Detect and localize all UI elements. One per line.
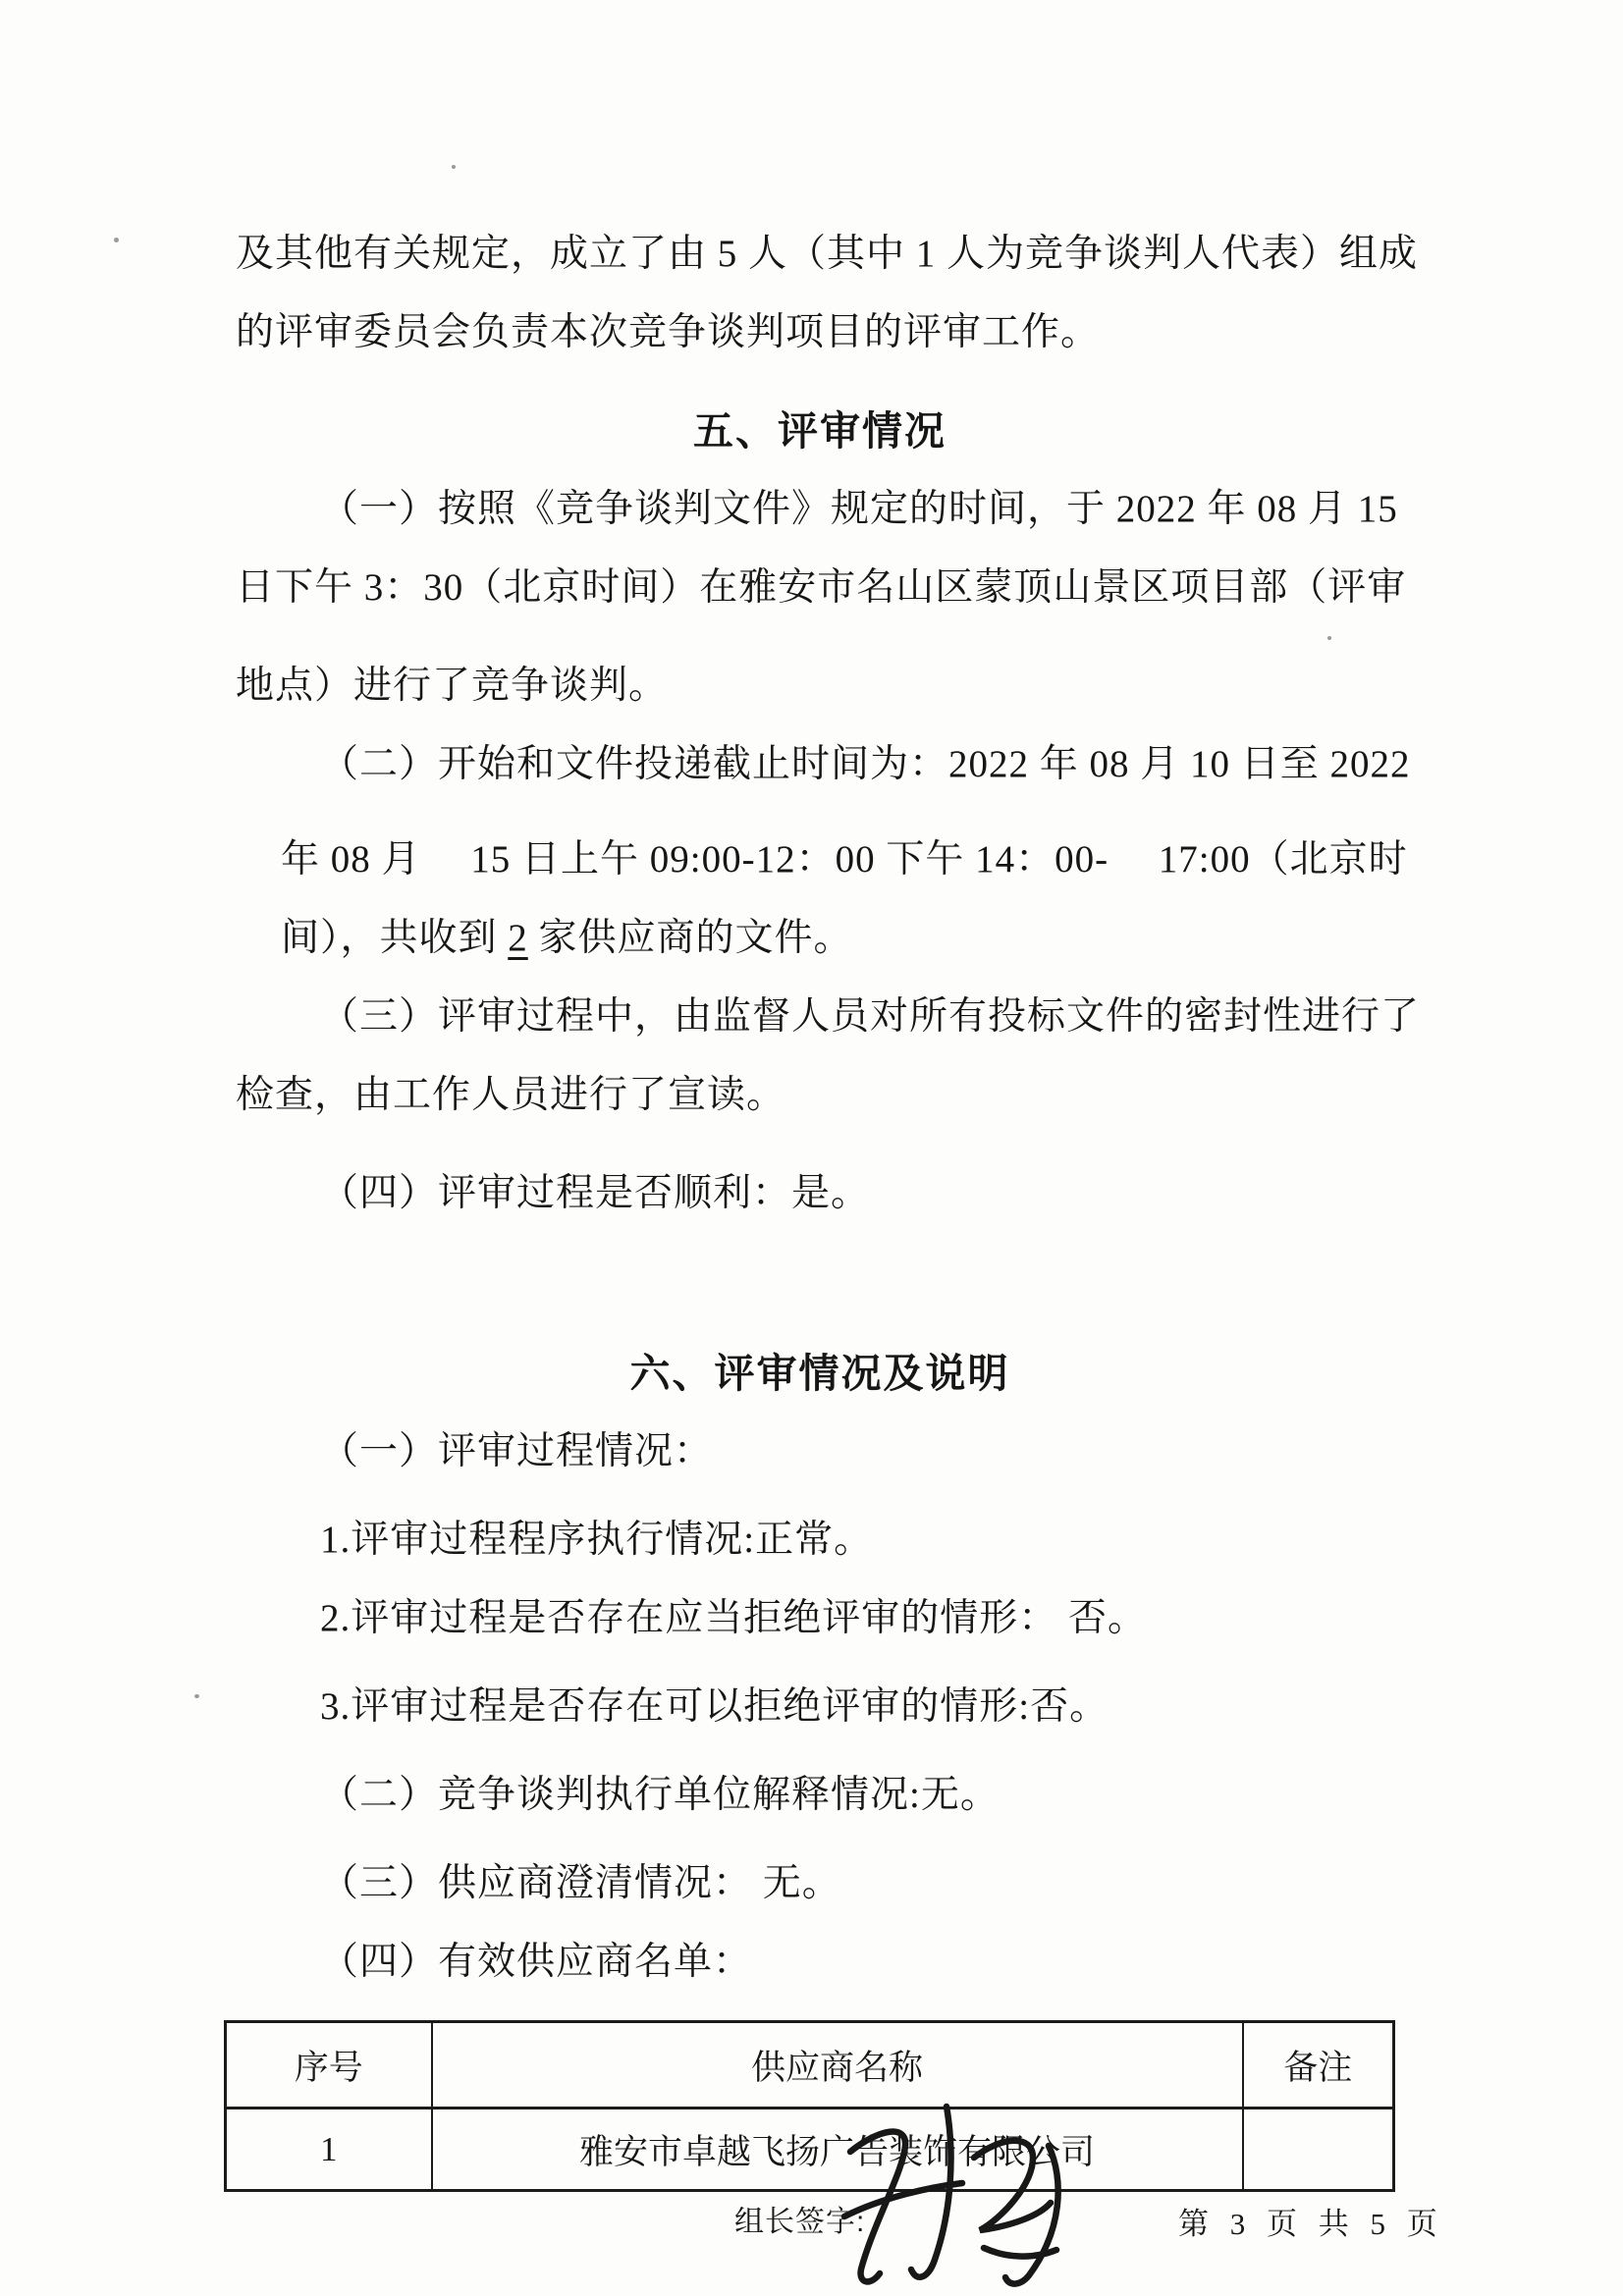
intro-line-2: 的评审委员会负责本次竞争谈判项目的评审工作。 — [236, 312, 1404, 353]
valid-supplier-table: 序号 供应商名称 备注 1 雅安市卓越飞扬广告装饰有限公司 — [224, 2020, 1395, 2192]
section6-item1-sub3: 3.评审过程是否存在可以拒绝评审的情形:否。 — [236, 1677, 1404, 1728]
received-files-prefix: 间），共收到 — [281, 917, 508, 959]
received-files-suffix: 家供应商的文件。 — [528, 917, 853, 959]
section6-item3-line1: （三）供应商澄清情况： 无。 — [236, 1853, 1404, 1904]
section5-item3-line2: 检查，由工作人员进行了宣读。 — [236, 1075, 1404, 1116]
section5-item2-line3: 间），共收到 2 家供应商的文件。 — [236, 918, 1404, 959]
section-5-heading: 五、评审情况 — [236, 391, 1404, 452]
scan-speck — [452, 165, 456, 169]
supplier-count-underlined: 2 — [508, 917, 528, 959]
table-header-index: 序号 — [226, 2022, 432, 2109]
supplier-note-cell — [1243, 2109, 1394, 2191]
scan-speck — [194, 1694, 199, 1698]
section5-item3-line1: （三）评审过程中，由监督人员对所有投标文件的密封性进行了 — [236, 996, 1404, 1038]
scanned-document-page: 及其他有关规定，成立了由 5 人（其中 1 人为竞争谈判人代表）组成 的评审委员… — [0, 0, 1623, 2296]
scan-speck — [1327, 636, 1331, 640]
section5-item4-line1: （四）评审过程是否顺利：是。 — [236, 1153, 1404, 1214]
intro-line-1: 及其他有关规定，成立了由 5 人（其中 1 人为竞争谈判人代表）组成 — [236, 234, 1404, 275]
table-header-row: 序号 供应商名称 备注 — [226, 2022, 1394, 2109]
section5-item1-line2: 日下午 3：30（北京时间）在雅安市名山区蒙顶山景区项目部（评审 — [236, 567, 1404, 609]
section6-item1-line1: （一）评审过程情况： — [236, 1431, 1404, 1472]
section5-item1-line3: 地点）进行了竞争谈判。 — [236, 646, 1404, 707]
table-header-note: 备注 — [1243, 2022, 1394, 2109]
section5-item2-line1: （二）开始和文件投递截止时间为：2022 年 08 月 10 日至 2022 — [236, 744, 1404, 785]
scan-speck — [114, 238, 119, 242]
section6-item4-line1: （四）有效供应商名单： — [236, 1942, 1404, 1983]
section-6-heading: 六、评审情况及说明 — [236, 1252, 1404, 1394]
page-number: 第 3 页 共 5 页 — [1178, 2199, 1444, 2243]
section6-item2-line1: （二）竞争谈判执行单位解释情况:无。 — [236, 1765, 1404, 1816]
table-row: 1 雅安市卓越飞扬广告装饰有限公司 — [226, 2109, 1394, 2191]
table-header-supplier-name: 供应商名称 — [432, 2022, 1243, 2109]
section6-item1-sub2: 2.评审过程是否存在应当拒绝评审的情形： 否。 — [236, 1598, 1404, 1639]
section5-item2-line2: 年 08 月 15 日上午 09:00-12：00 下午 14：00- 17:0… — [236, 823, 1404, 881]
section6-item1-sub1: 1.评审过程程序执行情况:正常。 — [236, 1510, 1404, 1561]
handwritten-signature-image — [837, 2101, 1092, 2296]
section5-item1-line1: （一）按照《竞争谈判文件》规定的时间，于 2022 年 08 月 15 — [236, 489, 1404, 530]
supplier-index-cell: 1 — [226, 2109, 432, 2191]
document-body: 及其他有关规定，成立了由 5 人（其中 1 人为竞争谈判人代表）组成 的评审委员… — [236, 234, 1404, 2192]
